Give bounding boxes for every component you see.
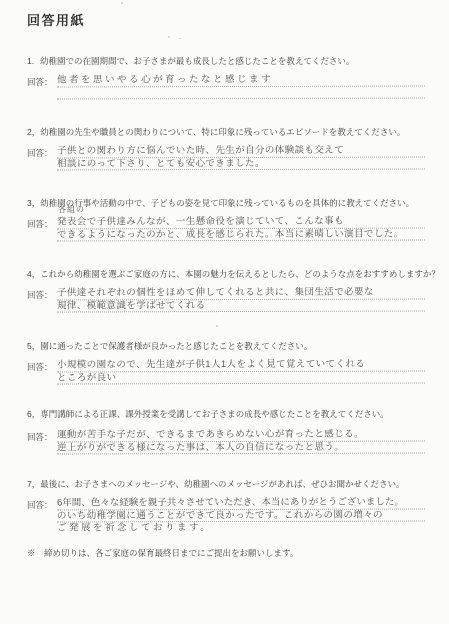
question-block-1: 1.幼稚園での在園期間で、お子さまが最も成長したと感じたことを教えてください。 … <box>27 55 425 99</box>
answer-label: 回答： <box>27 216 57 241</box>
answer-line: 小規模の園なので、先生達が子供1人1人をよく見て覚えていてくれる <box>57 359 425 372</box>
scan-artifact <box>179 38 181 39</box>
handwritten-insertion: 各組の <box>58 205 85 214</box>
answer-row: 回答： 他者を思いやる心が育ったなと感じます <box>27 74 425 99</box>
handwritten-answer: できるようになったのかと、成長を感じられた。本当に素晴しい演目でした。 <box>57 228 425 240</box>
question-number: 1. <box>27 55 40 67</box>
answer-line: 運動が苦手な子だが、できるまであきらめない心が育ったと感じる。 <box>57 429 425 442</box>
handwritten-answer: のいち幼稚学園に通うことができて良かったです。これからの園の増々の <box>57 509 425 521</box>
question-number: 4， <box>27 268 40 280</box>
answer-line <box>57 86 425 99</box>
question-label: 最後に、お子さまへのメッセージや、幼稚園へのメッセージがあれば、ぜひお聞かせくだ… <box>40 479 404 489</box>
answer-row: 回答： 子供との関わり方に悩んでいた時、先生が自分の体験談も交えて 相談にのって… <box>27 145 425 170</box>
answer-label: 回答： <box>27 145 57 170</box>
answer-line: のいち幼稚学園に通うことができて良かったです。これからの園の増々の <box>57 509 425 522</box>
deadline-note: ※ 締め切りは、各ご家庭の保育最終日までにご提出をお願いします。 <box>27 547 298 559</box>
question-text: 4，これから幼稚園を選ぶご家庭の方に、本園の魅力を伝えるとしたら、どのような点を… <box>27 268 425 280</box>
handwritten-answer: 発表会で子供達みんなが、一生懸命役を演じていて、こんな事も <box>57 216 425 228</box>
answer-row: 回答： 運動が苦手な子だが、できるまであきらめない心が育ったと感じる。 逆上がり… <box>27 429 425 454</box>
question-label: 幼稚園での在園期間で、お子さまが最も成長したと感じたことを教えてください。 <box>40 56 354 66</box>
answer-lines: 小規模の園なので、先生達が子供1人1人をよく見て覚えていてくれる ところが良い <box>57 359 425 385</box>
question-label: 幼稚園の行事や活動の中で、子どもの姿を見て印象に残っているものを具体的に教えてく… <box>40 198 414 208</box>
handwritten-answer: ところが良い <box>57 371 425 383</box>
scanned-answer-sheet: 回答用紙 1.幼稚園での在園期間で、お子さまが最も成長したと感じたことを教えてく… <box>0 0 449 624</box>
handwritten-answer: 子供との関わり方に悩んでいた時、先生が自分の体験談も交えて <box>57 145 425 157</box>
question-number: 6， <box>27 408 40 420</box>
answer-line: 子供との関わり方に悩んでいた時、先生が自分の体験談も交えて <box>57 145 425 158</box>
handwritten-answer: ご発展を祈念しております。 <box>57 522 425 534</box>
answer-label: 回答： <box>27 497 57 534</box>
question-label: 園に通ったことで保護者様が良かったと感じたことを教えてください。 <box>40 341 312 351</box>
scan-artifact <box>168 36 170 38</box>
handwritten-answer: 子供達それぞれの個性をほめて伸してくれると共に、集団生活で必要な <box>57 287 425 299</box>
question-block-2: 2，幼稚園の先生や職員との関わりについて、特に印象に残っているエピソードを教えて… <box>27 126 425 170</box>
answer-row: 回答： 発表会で子供達みんなが、一生懸命役を演じていて、こんな事も できるように… <box>27 216 425 241</box>
handwritten-answer: 運動が苦手な子だが、できるまであきらめない心が育ったと感じる。 <box>57 429 425 441</box>
answer-label: 回答： <box>27 74 57 99</box>
handwritten-answer <box>57 86 425 87</box>
page-title: 回答用紙 <box>27 10 85 29</box>
handwritten-answer: 6年間、色々な経験を親子共々させていただき、本当にありがとうございました。 <box>57 497 425 509</box>
question-label: 専門講師による正課、課外授業を受講してお子さまの成長や感じたことを教えてください… <box>40 409 389 419</box>
question-number: 7， <box>27 478 40 490</box>
answer-line: 6年間、色々な経験を親子共々させていただき、本当にありがとうございました。 <box>57 497 425 510</box>
question-number: 3， <box>27 197 40 209</box>
question-text: 5，園に通ったことで保護者様が良かったと感じたことを教えてください。 <box>27 340 425 352</box>
question-block-6: 6，専門講師による正課、課外授業を受講してお子さまの成長や感じたことを教えてくだ… <box>27 408 425 454</box>
answer-line: ところが良い <box>57 371 425 384</box>
question-text: 1.幼稚園での在園期間で、お子さまが最も成長したと感じたことを教えてください。 <box>27 55 425 67</box>
question-block-7: 7，最後に、お子さまへのメッセージや、幼稚園へのメッセージがあれば、ぜひお聞かせ… <box>27 478 425 534</box>
answer-line: 逆上がりができる様になった事は、本人の自信になったと思う。 <box>57 441 425 454</box>
answer-line: 規律、模範意識を学ばせてくれる <box>57 299 425 312</box>
answer-line: 他者を思いやる心が育ったなと感じます <box>57 74 425 87</box>
question-text: 7，最後に、お子さまへのメッセージや、幼稚園へのメッセージがあれば、ぜひお聞かせ… <box>27 478 425 490</box>
handwritten-answer: 他者を思いやる心が育ったなと感じます <box>57 74 425 86</box>
answer-line: 相談にのって下さり、とても安心できました。 <box>57 157 425 170</box>
answer-lines: 他者を思いやる心が育ったなと感じます <box>57 74 425 100</box>
answer-label: 回答： <box>27 287 57 312</box>
answer-label: 回答： <box>27 429 57 454</box>
question-number: 2， <box>27 126 40 138</box>
question-block-5: 5，園に通ったことで保護者様が良かったと感じたことを教えてください。 回答： 小… <box>27 340 425 384</box>
question-block-3: 3，幼稚園の行事や活動の中で、子どもの姿を見て印象に残っているものを具体的に教え… <box>27 197 425 241</box>
answer-line: 発表会で子供達みんなが、一生懸命役を演じていて、こんな事も <box>57 216 425 229</box>
question-block-4: 4，これから幼稚園を選ぶご家庭の方に、本園の魅力を伝えるとしたら、どのような点を… <box>27 268 425 312</box>
answer-lines: 子供との関わり方に悩んでいた時、先生が自分の体験談も交えて 相談にのって下さり、… <box>57 145 425 171</box>
scan-artifact <box>216 325 218 327</box>
handwritten-answer: 小規模の園なので、先生達が子供1人1人をよく見て覚えていてくれる <box>57 359 425 371</box>
answer-row: 回答： 6年間、色々な経験を親子共々させていただき、本当にありがとうございました… <box>27 497 425 534</box>
answer-row: 回答： 小規模の園なので、先生達が子供1人1人をよく見て覚えていてくれる ところ… <box>27 359 425 384</box>
question-text: 2，幼稚園の先生や職員との関わりについて、特に印象に残っているエピソードを教えて… <box>27 126 425 138</box>
answer-line: 子供達それぞれの個性をほめて伸してくれると共に、集団生活で必要な <box>57 287 425 300</box>
answer-lines: 6年間、色々な経験を親子共々させていただき、本当にありがとうございました。 のい… <box>57 497 425 534</box>
answer-lines: 発表会で子供達みんなが、一生懸命役を演じていて、こんな事も できるようになったの… <box>57 216 425 242</box>
question-label: これから幼稚園を選ぶご家庭の方に、本園の魅力を伝えるとしたら、どのような点をおす… <box>40 269 440 279</box>
answer-lines: 運動が苦手な子だが、できるまであきらめない心が育ったと感じる。 逆上がりができる… <box>57 429 425 455</box>
question-number: 5， <box>27 340 40 352</box>
answer-row: 回答： 子供達それぞれの個性をほめて伸してくれると共に、集団生活で必要な 規律、… <box>27 287 425 312</box>
answer-label: 回答： <box>27 359 57 384</box>
question-text: 6，専門講師による正課、課外授業を受講してお子さまの成長や感じたことを教えてくだ… <box>27 408 425 420</box>
handwritten-answer: 逆上がりができる様になった事は、本人の自信になったと思う。 <box>57 441 425 453</box>
handwritten-answer: 相談にのって下さり、とても安心できました。 <box>57 157 425 169</box>
scan-artifact <box>121 2 123 4</box>
question-text: 3，幼稚園の行事や活動の中で、子どもの姿を見て印象に残っているものを具体的に教え… <box>27 197 425 209</box>
handwritten-answer: 規律、模範意識を学ばせてくれる <box>57 299 425 311</box>
question-label: 幼稚園の先生や職員との関わりについて、特に印象に残っているエピソードを教えてくだ… <box>40 127 405 137</box>
answer-line: ご発展を祈念しております。 <box>57 522 425 534</box>
answer-line: できるようになったのかと、成長を感じられた。本当に素晴しい演目でした。 <box>57 228 425 241</box>
answer-lines: 子供達それぞれの個性をほめて伸してくれると共に、集団生活で必要な 規律、模範意識… <box>57 287 425 313</box>
